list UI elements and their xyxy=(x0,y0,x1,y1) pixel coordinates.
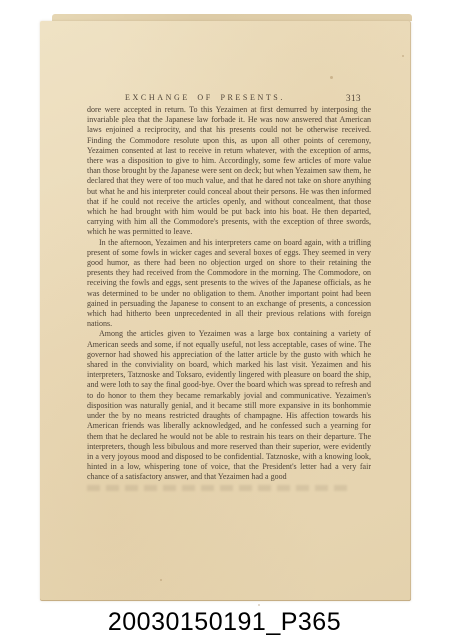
catalog-label: 20030150191_P365 xyxy=(0,608,449,637)
book-page: EXCHANGE OF PRESENTS. 313 dore were acce… xyxy=(40,21,411,601)
page-header-title: EXCHANGE OF PRESENTS. xyxy=(87,93,323,102)
text-showthrough xyxy=(87,485,348,491)
adjacent-page-edge xyxy=(52,14,412,21)
paper-speck xyxy=(258,604,260,606)
body-paragraph: In the afternoon, Yezaimen and his inter… xyxy=(87,238,371,330)
paper-speck xyxy=(330,76,333,79)
paper-speck xyxy=(160,579,162,581)
running-header: EXCHANGE OF PRESENTS. 313 xyxy=(87,93,371,105)
page-number: 313 xyxy=(346,93,361,103)
page-body: dore were accepted in return. To this Ye… xyxy=(87,105,371,491)
scan-background: EXCHANGE OF PRESENTS. 313 dore were acce… xyxy=(0,0,449,640)
body-paragraph: Among the articles given to Yezaimen was… xyxy=(87,329,371,482)
body-paragraph: dore were accepted in return. To this Ye… xyxy=(87,105,371,238)
paper-speck xyxy=(402,55,404,57)
